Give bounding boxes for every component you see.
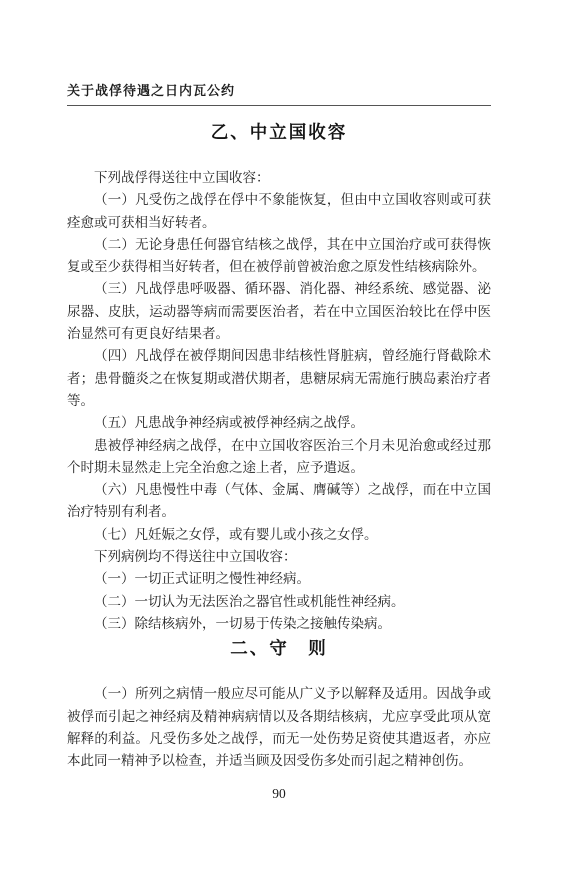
paragraph: （五）凡患战争神经病或被俘神经病之战俘。 xyxy=(67,412,491,434)
page-number: 90 xyxy=(67,786,491,802)
paragraph: （三）凡战俘患呼吸器、循环器、消化器、神经系统、感觉器、泌尿器、皮肤，运动器等病… xyxy=(67,278,491,345)
paragraph: （二）无论身患任何器官结核之战俘，其在中立国治疗或可获得恢复或至少获得相当好转者… xyxy=(67,234,491,279)
paragraph: （一）所列之病情一般应尽可能从广义予以解释及适用。因战争或被俘而引起之神经病及精… xyxy=(67,683,491,772)
paragraph: 患被俘神经病之战俘，在中立国收容医治三个月未见治愈或经过那个时期未显然走上完全治… xyxy=(67,435,491,480)
paragraph: 下列战俘得送往中立国收容： xyxy=(67,167,491,189)
running-header: 关于战俘待遇之日内瓦公约 xyxy=(67,84,491,106)
paragraph: （四）凡战俘在被俘期间因患非结核性肾脏病，曾经施行肾截除术者；患骨髓炎之在恢复期… xyxy=(67,345,491,412)
paragraph: （六）凡患慢性中毒（气体、金属、膺碱等）之战俘，而在中立国治疗特别有利者。 xyxy=(67,479,491,524)
paragraph: （一）凡受伤之战俘在俘中不象能恢复，但由中立国收容则或可获痊愈或可获相当好转者。 xyxy=(67,189,491,234)
paragraph: （七）凡妊娠之女俘，或有婴儿或小孩之女俘。 xyxy=(67,524,491,546)
document-page: 关于战俘待遇之日内瓦公约 乙、中立国收容 下列战俘得送往中立国收容： （一）凡受… xyxy=(0,0,586,869)
paragraph: （三）除结核病外，一切易于传染之接触传染病。 xyxy=(67,613,491,635)
paragraph: （一）一切正式证明之慢性神经病。 xyxy=(67,568,491,590)
paragraph: 下列病例均不得送往中立国收容： xyxy=(67,546,491,568)
section-b-body: 下列战俘得送往中立国收容： （一）凡受伤之战俘在俘中不象能恢复，但由中立国收容则… xyxy=(67,167,491,635)
section-2-body: （一）所列之病情一般应尽可能从广义予以解释及适用。因战争或被俘而引起之神经病及精… xyxy=(67,683,491,772)
paragraph: （二）一切认为无法医治之器官性或机能性神经病。 xyxy=(67,591,491,613)
section-title-2: 二、守 则 xyxy=(67,638,491,658)
section-title-b: 乙、中立国收容 xyxy=(67,122,491,142)
